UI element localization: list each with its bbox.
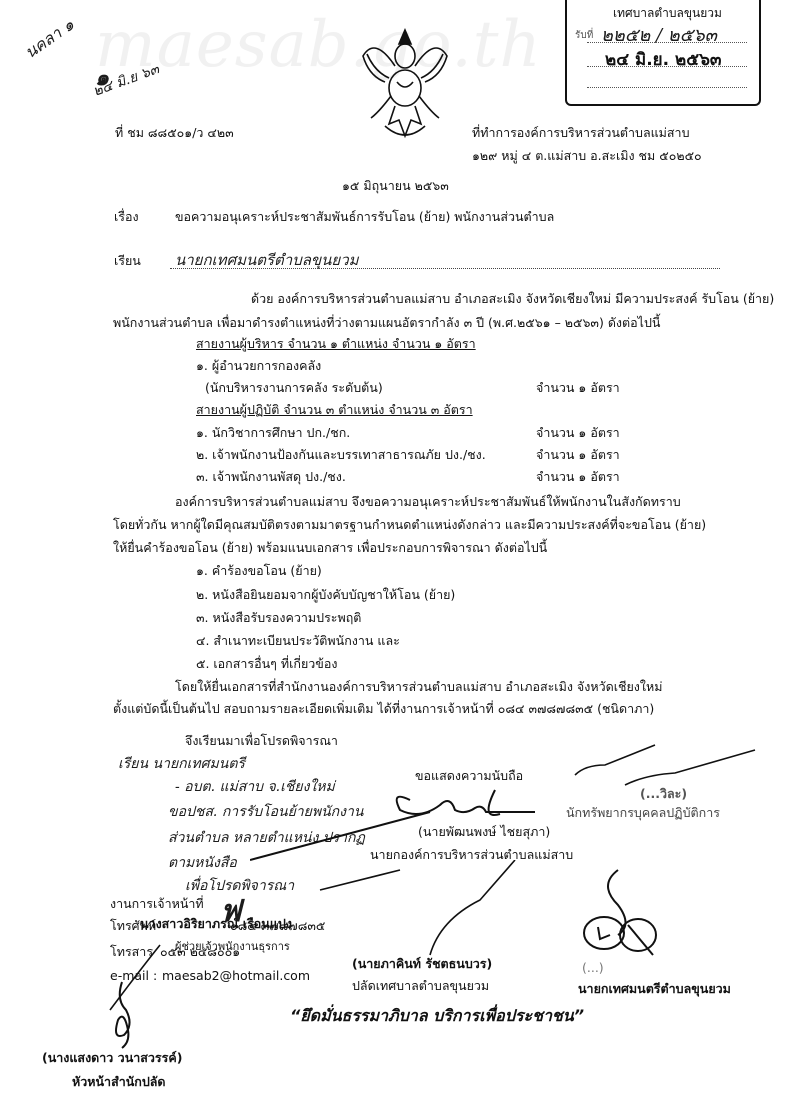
document-item: ๒. หนังสือยินยอมจากผู้บังคับบัญชาให้โอน …: [196, 589, 455, 602]
watermark: maesab.go.th: [95, 8, 542, 82]
subject-text: ขอความอนุเคราะห์ประชาสัมพันธ์การรับโอน (…: [175, 211, 554, 224]
document-item: ๔. สำเนาทะเบียนประวัติพนักงาน และ: [196, 635, 400, 648]
position-item: ๓. เจ้าพนักงานพัสดุ ปง./ชง.: [196, 471, 346, 484]
document-item: ๕. เอกสารอื่นๆ ที่เกี่ยวข้อง: [196, 658, 337, 671]
office-head-title: หัวหน้าสำนักปลัด: [72, 1076, 166, 1089]
position-item: ๒. เจ้าพนักงานป้องกันและบรรเทาสาธารณภัย …: [196, 449, 486, 462]
hr-officer-title: นักทรัพยากรบุคคลปฏิบัติการ: [566, 807, 720, 820]
body-para1-line1: ด้วย องค์การบริหารส่วนตำบลแม่สาบ อำเภอสะ…: [251, 293, 774, 306]
body-para3-line2: ตั้งแต่บัดนี้เป็นต้นไป สอบถามรายละเอียดเ…: [113, 703, 654, 716]
body-para1-line2: พนักงานส่วนตำบล เพื่อมาดำรงตำแหน่งที่ว่า…: [113, 317, 660, 330]
body-para2-line2: โดยทั่วกัน หากผู้ใดมีคุณสมบัติตรงตามมาตร…: [113, 519, 706, 532]
handwritten-line: นคลา ๑: [20, 13, 80, 65]
group-heading-operational: สายงานผู้ปฏิบัติ จำนวน ๓ ตำแหน่ง จำนวน ๓…: [196, 404, 473, 417]
pen-stroke: [100, 860, 620, 1024]
body-para2-line1: องค์การบริหารส่วนตำบลแม่สาบ จึงขอความอนุ…: [175, 496, 681, 509]
handwritten-initial: ฟ: [220, 888, 241, 935]
office-head-name: (นางแสงดาว วนาสวรรค์): [42, 1052, 182, 1065]
to-recipient-handwritten: นายกเทศมนตรีตำบลขุนยวม: [175, 248, 359, 272]
receipt-stamp: เทศบาลตำบลขุนยวม รับที่ ๒๒๕๒ / ๒๕๖๓ ๒๔ ม…: [565, 0, 761, 106]
stamp-receive-no: ๒๒๕๒ / ๒๕๖๓: [601, 20, 717, 49]
mayor-name: (...): [582, 962, 604, 975]
deputy-name: (นายภาคินท์ รัชตธนบวร): [352, 958, 492, 971]
closing-text: จึงเรียนมาเพื่อโปรดพิจารณา: [185, 735, 338, 748]
sender-office: ที่ทำการองค์การบริหารส่วนตำบลแม่สาบ: [472, 127, 690, 140]
sender-address: ๑๒๙ หมู่ ๔ ต.แม่สาบ อ.สะเมิง ชม ๕๐๒๕๐: [472, 150, 702, 163]
handwritten-note-line: เรียน นายกเทศมนตรี: [118, 753, 245, 775]
slogan: “ยึดมั่นธรรมาภิบาล บริการเพื่อประชาชน”: [290, 1004, 584, 1029]
body-para2-line3: ให้ยื่นคำร้องขอโอน (ย้าย) พร้อมแนบเอกสาร…: [113, 542, 547, 555]
document-item: ๑. คำร้องขอโอน (ย้าย): [196, 565, 322, 578]
position-subtitle: (นักบริหารงานการคลัง ระดับต้น): [205, 382, 383, 395]
to-label: เรียน: [114, 255, 141, 268]
group-heading-executive: สายงานผู้บริหาร จำนวน ๑ ตำแหน่ง จำนวน ๑ …: [196, 338, 476, 351]
mayor-title: นายกเทศมนตรีตำบลขุนยวม: [578, 983, 731, 996]
deputy-title: ปลัดเทศบาลตำบลขุนยวม: [352, 980, 489, 993]
garuda-emblem: [355, 26, 455, 144]
position-count: จำนวน ๑ อัตรา: [536, 449, 620, 462]
stamp-receive-label: รับที่: [575, 28, 593, 43]
subject-label: เรื่อง: [114, 211, 139, 224]
position-count: จำนวน ๑ อัตรา: [536, 382, 620, 395]
hr-officer-name: (...วิละ): [640, 788, 687, 801]
handwritten-receipt-note: นคลา ๑: [20, 13, 80, 65]
position-item: ๑. นักวิชาการศึกษา ปก./ชก.: [196, 427, 350, 440]
signatory-name: (นายพัฒนพงษ์ ไชยสุภา): [418, 826, 550, 839]
position-item: ๑. ผู้อำนวยการกองคลัง: [196, 360, 321, 373]
body-para3-line1: โดยให้ยื่นเอกสารที่สำนักงานองค์การบริหาร…: [175, 681, 662, 694]
position-count: จำนวน ๑ อัตรา: [536, 471, 620, 484]
letter-date: ๑๕ มิถุนายน ๒๕๖๓: [342, 180, 449, 193]
position-count: จำนวน ๑ อัตรา: [536, 427, 620, 440]
reference-number: ที่ ชม ๘๘๕๐๑/ว ๔๒๓: [115, 127, 234, 140]
stamp-date: ๒๔ มิ.ย. ๒๕๖๓: [605, 46, 721, 73]
document-item: ๓. หนังสือรับรองความประพฤติ: [196, 612, 361, 625]
office-head-signature: [108, 980, 138, 1054]
